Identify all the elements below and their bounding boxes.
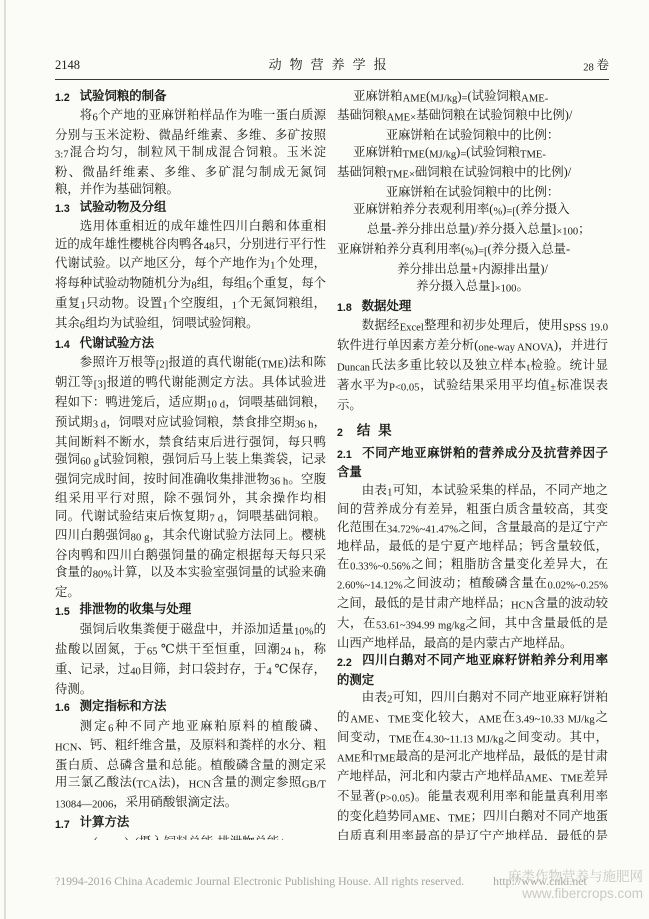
latin-run: 7 d	[209, 513, 223, 524]
latin-run: HCN	[511, 601, 533, 612]
latin-run: HCN	[189, 780, 211, 791]
section-heading: 1.3 试验动物及分组	[55, 199, 326, 219]
latin-run: %	[465, 246, 474, 257]
latin-run: one-way ANOVA	[478, 343, 554, 354]
latin-run: TME	[561, 774, 583, 785]
formula-line: 亚麻饼粕在试验饲粮中的比例：	[337, 184, 608, 201]
formula-line: 基础饲粮AME×基础饲粮在试验饲粮中比例)/	[337, 107, 608, 127]
paragraph: 由表2可知，四川白鹅对不同产地亚麻籽饼粕的AME、TME变化较大，AME在3.4…	[337, 689, 608, 840]
latin-run: 2	[387, 695, 392, 706]
latin-run: 80%	[93, 570, 112, 581]
latin-run: =	[461, 93, 467, 104]
latin-run: P>0.05	[380, 794, 410, 805]
latin-run: TME	[448, 813, 470, 824]
latin-run: AME	[412, 813, 436, 824]
paragraph: 强饲后收集粪便于磁盘中，并添加适量10%的盐酸以固氮，于65 ℃烘干至恒重，回潮…	[55, 621, 326, 698]
latin-run: SPSS 19.0	[563, 323, 608, 334]
paragraph: 测定6种不同产地亚麻粕原料的植酸磷、HCN、钙、粗纤维含量，及原料和粪样的水分、…	[55, 718, 326, 814]
latin-run: 40	[130, 666, 141, 677]
section-heading: 1.5 排泄物的收集与处理	[55, 601, 326, 621]
latin-run: 2	[337, 427, 350, 439]
latin-run: 3 d	[93, 419, 106, 430]
latin-run: [2]	[156, 360, 168, 371]
section-heading: 1.6 测定指标和方法	[55, 698, 326, 718]
latin-run: 6	[108, 723, 113, 734]
footer-copyright: ?1994-2016 China Academic Journal Electr…	[55, 874, 464, 888]
latin-run: 3.49~10.33 MJ/kg	[516, 714, 595, 725]
page-header: 2148 动物营养学报 28 卷	[55, 54, 609, 74]
latin-run: HCN	[55, 743, 77, 754]
section-heading: 1.8 数据处理	[337, 298, 608, 318]
chapter-heading: 2 结 果	[337, 422, 608, 443]
latin-run: TME	[388, 714, 410, 725]
latin-run: 2.60%~14.12%	[337, 581, 403, 592]
latin-run: AME	[337, 754, 361, 765]
latin-run: %	[493, 207, 502, 218]
latin-run: 53.61~394.99 mg/kg	[376, 621, 465, 632]
latin-run: 1	[162, 301, 167, 312]
latin-run: 4	[266, 666, 274, 677]
formula-line: 基础饲粮TME×础饲粮在试验饲粮中的比例)/	[337, 164, 608, 184]
formula-line: 亚麻饼粕AME(MJ/kg)=(试验饲粮AME-	[337, 88, 608, 108]
paragraph: 选用体重相近的成年雄性四川白鹅和体重相近的成年雄性樱桃谷肉鸭各48只，分别进行平…	[55, 218, 326, 334]
column-left: 1.2 试验饲粮的制备将6个产地的亚麻饼粕样品作为唯一蛋白质源分别与玉米淀粉、微…	[55, 88, 326, 840]
latin-run: TME	[373, 754, 395, 765]
page-number: 2148	[55, 58, 80, 73]
latin-run: TME	[389, 734, 411, 745]
formula-line: 总量-养分排出总量)/养分摄入总量]×100；	[337, 221, 608, 241]
latin-run: 6	[80, 320, 85, 331]
latin-run: 2.2	[337, 657, 355, 669]
latin-run: TME-	[520, 150, 546, 161]
watermark: 麻类作物营养与施肥网 www.fibercrops.com	[508, 868, 643, 902]
formula-line: 亚麻饼粕TME(MJ/kg)=(试验饲粮TME-	[337, 144, 608, 164]
paragraph: 数据经Excel整理和初步处理后，使用SPSS 19.0软件进行单因素方差分析(…	[337, 317, 608, 413]
latin-run: [3]	[94, 380, 106, 391]
latin-run: 6	[246, 281, 251, 292]
latin-run: ±	[550, 382, 556, 393]
latin-run: AME	[524, 774, 548, 785]
column-right: 亚麻饼粕AME(MJ/kg)=(试验饲粮AME-基础饲粮AME×基础饲粮在试验饲…	[337, 88, 608, 840]
latin-run: 1.7	[55, 819, 73, 831]
latin-run: 10%	[294, 627, 313, 638]
latin-run: AME	[403, 93, 427, 104]
journal-title: 动物营养学报	[269, 54, 395, 73]
latin-run: =	[460, 150, 466, 161]
latin-run: 24 h	[280, 647, 299, 658]
section-heading: 2.1 不同产地亚麻饼粕的营养成分及抗营养因子含量	[337, 445, 608, 482]
latin-run: MJ/kg	[430, 93, 457, 104]
scan-page-edge-line	[4, 0, 6, 919]
watermark-site-url: www.fibercrops.com	[508, 885, 643, 902]
section-heading: 1.4 代谢试验方法	[55, 335, 326, 355]
latin-run: MJ/kg	[429, 150, 456, 161]
latin-run: AME	[350, 714, 374, 725]
latin-run: 1	[270, 261, 275, 272]
latin-run: 1.2	[55, 92, 73, 104]
latin-run: ×100	[495, 283, 517, 294]
latin-run: 28	[583, 63, 596, 74]
latin-run: 65	[147, 647, 161, 658]
formula-line: 亚麻饼粕养分真利用率(%)=[(养分摄入总量-	[337, 241, 608, 261]
latin-run: 80 g	[131, 533, 150, 544]
latin-run: 60 g	[80, 456, 99, 467]
latin-run: ×100	[556, 227, 578, 238]
latin-run: 6	[92, 113, 97, 124]
latin-run: TME×	[387, 170, 415, 181]
latin-run: 0.33%~0.56%	[350, 561, 410, 572]
latin-run: AME	[478, 714, 502, 725]
latin-run: 1.3	[55, 203, 73, 215]
formula-line: 亚麻饼粕养分表观利用率(%)=[(养分摄入	[337, 201, 608, 221]
section-heading: 1.7 计算方法	[55, 814, 326, 834]
latin-run: AME-	[521, 93, 548, 104]
latin-run: 3:7	[55, 150, 69, 161]
paragraph: 参照许万根等[2]报道的真代谢能(TME)法和陈朝江等[3]报道的鸭代谢能测定方…	[55, 354, 326, 601]
latin-run: 36 h	[269, 476, 288, 487]
latin-run: 1.8	[337, 302, 355, 314]
latin-run: AME×	[387, 113, 417, 124]
latin-run: 1.4	[55, 339, 73, 351]
latin-run: 10 d	[206, 400, 225, 411]
section-heading: 1.2 试验饲粮的制备	[55, 88, 326, 108]
latin-run: 34.72%~41.47%	[387, 524, 458, 535]
formula-line: 养分摄入总量]×100。	[337, 278, 608, 298]
latin-run: 1.5	[55, 606, 73, 618]
volume-label: 28 卷	[583, 55, 609, 74]
latin-run: Duncan	[337, 363, 370, 374]
latin-run: TME	[403, 150, 425, 161]
paragraph: 将6个产地的亚麻饼粕样品作为唯一蛋白质源分别与玉米淀粉、微晶纤维素、多维、多矿按…	[55, 107, 326, 198]
latin-run: Excel	[400, 323, 424, 334]
latin-run: =[	[478, 246, 488, 257]
latin-run: 8	[191, 281, 196, 292]
latin-run: 2.1	[337, 449, 355, 461]
paragraph: 由表1可知，本试验采集的样品，不同产地之间的营养成分有差异，粗蛋白质含量较高，其…	[337, 482, 608, 652]
latin-run: P<0.05	[389, 382, 419, 393]
latin-run: 0.02%~0.25%	[548, 581, 608, 592]
latin-run: 1	[387, 487, 392, 498]
latin-run: 1	[232, 301, 237, 312]
latin-run: =[	[506, 207, 516, 218]
latin-run: 36 h	[295, 419, 314, 430]
formula-line: 亚麻饼粕在试验饲粮中的比例：	[337, 127, 608, 144]
latin-run: 48	[204, 241, 215, 252]
article-body: 1.2 试验饲粮的制备将6个产地的亚麻饼粕样品作为唯一蛋白质源分别与玉米淀粉、微…	[0, 80, 649, 840]
watermark-site-name: 麻类作物营养与施肥网	[508, 868, 643, 885]
section-heading: 2.2 四川白鹅对不同产地亚麻籽饼粕养分利用率的测定	[337, 652, 608, 689]
latin-run: t	[527, 363, 530, 374]
latin-run: 1.6	[55, 702, 73, 714]
latin-run: 4.30~11.13 MJ/kg	[425, 734, 503, 745]
latin-run: TCA	[137, 780, 158, 791]
latin-run: 1	[80, 301, 85, 312]
latin-run: TME	[261, 360, 283, 371]
footer: ?1994-2016 China Academic Journal Electr…	[55, 874, 587, 889]
formula-line: TME(MJ/kg)=(摄入饲料总能-排泄物总能+	[55, 834, 326, 840]
formula-line: 养分排出总量+内源排出量)/	[337, 261, 608, 278]
